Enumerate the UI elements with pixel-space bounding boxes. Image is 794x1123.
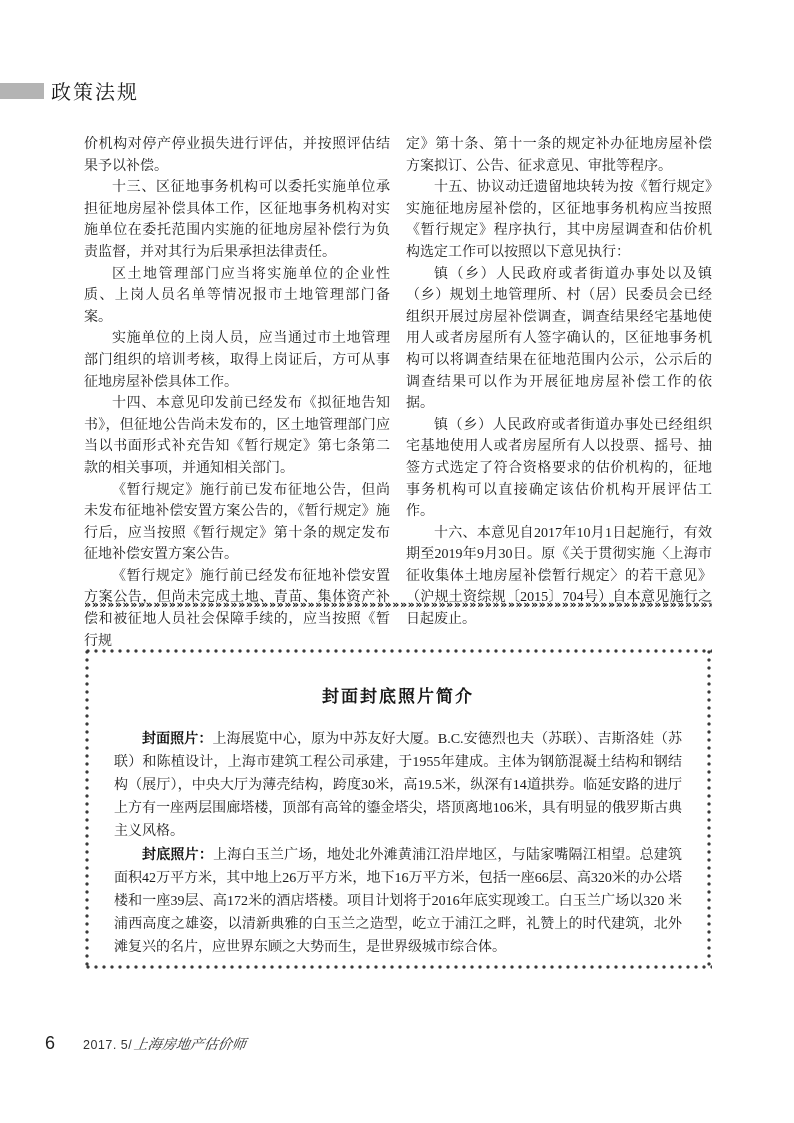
paragraph: 价机构对停产停业损失进行评估，并按照评估结果予以补偿。 (84, 134, 390, 177)
paragraph: 区土地管理部门应当将实施单位的企业性质、上岗人员名单等情况报市土地管理部门备案。 (84, 264, 390, 329)
paragraph: 镇（乡）人民政府或者街道办事处以及镇（乡）规划土地管理所、村（居）民委员会已经组… (406, 264, 712, 415)
paragraph: 十六、本意见自2017年10月1日起施行，有效期至2019年9月30日。原《关于… (406, 523, 712, 631)
page-number: 6 (45, 1033, 55, 1054)
issue-label: 2017. 5/ (83, 1038, 132, 1052)
article-right-column: 定》第十条、第十一条的规定补办征地房屋补偿方案拟订、公告、征求意见、审批等程序。… (406, 134, 712, 652)
paragraph: 镇（乡）人民政府或者街道办事处已经组织宅基地使用人或者房屋所有人以投票、摇号、抽… (406, 415, 712, 523)
cover-photo-paragraph: 封面照片：上海展览中心，原为中苏友好大厦。B.C.安德烈也夫（苏联）、吉斯洛娃（… (114, 727, 682, 843)
paragraph: 十五、协议动迁遗留地块转为按《暂行规定》实施征地房屋补偿的，区征地事务机构应当按… (406, 177, 712, 263)
paragraph: 十四、本意见印发前已经发布《拟征地告知书》，但征地公告尚未发布的，区土地管理部门… (84, 393, 390, 479)
paragraph: 十三、区征地事务机构可以委托实施单位承担征地房屋补偿具体工作，区征地事务机构对实… (84, 177, 390, 263)
article-left-column: 价机构对停产停业损失进行评估，并按照评估结果予以补偿。 十三、区征地事务机构可以… (84, 134, 390, 652)
journal-name-script: 上海房地产估价师 (133, 1034, 248, 1054)
paragraph: 实施单位的上岗人员，应当通过市土地管理部门组织的培训考核，取得上岗证后，方可从事… (84, 328, 390, 393)
arrow-separator: »»»»»»»»»»»»»»»»»»»»»»»»»»»»»»»»»»»»»»»»… (84, 597, 712, 613)
section-header: 政策法规 (0, 76, 139, 105)
photo-box-body: 封面照片：上海展览中心，原为中苏友好大厦。B.C.安德烈也夫（苏联）、吉斯洛娃（… (84, 707, 712, 959)
paragraph: 《暂行规定》施行前已发布征地公告，但尚未发布征地补偿安置方案公告的，《暂行规定》… (84, 480, 390, 566)
magazine-page: 政策法规 价机构对停产停业损失进行评估，并按照评估结果予以补偿。 十三、区征地事… (0, 0, 794, 1123)
cover-photo-text: 上海展览中心，原为中苏友好大厦。B.C.安德烈也夫（苏联）、吉斯洛娃（苏联）和陈… (114, 732, 682, 839)
photo-intro-box: 封面封底照片简介 封面照片：上海展览中心，原为中苏友好大厦。B.C.安德烈也夫（… (84, 648, 712, 970)
paragraph: 定》第十条、第十一条的规定补办征地房屋补偿方案拟订、公告、征求意见、审批等程序。 (406, 134, 712, 177)
section-header-marker (0, 83, 44, 99)
page-footer: 6 2017. 5/ 上海房地产估价师 (45, 1033, 246, 1054)
back-cover-photo-text: 上海白玉兰广场，地处北外滩黄浦江沿岸地区，与陆家嘴隔江相望。总建筑面积42万平方… (114, 848, 682, 955)
photo-box-title: 封面封底照片简介 (84, 682, 712, 707)
back-cover-photo-paragraph: 封底照片：上海白玉兰广场，地处北外滩黄浦江沿岸地区，与陆家嘴隔江相望。总建筑面积… (114, 843, 682, 959)
article-columns: 价机构对停产停业损失进行评估，并按照评估结果予以补偿。 十三、区征地事务机构可以… (84, 134, 712, 652)
cover-photo-label: 封面照片： (142, 730, 212, 746)
back-cover-photo-label: 封底照片： (142, 846, 213, 862)
section-title: 政策法规 (51, 76, 139, 105)
